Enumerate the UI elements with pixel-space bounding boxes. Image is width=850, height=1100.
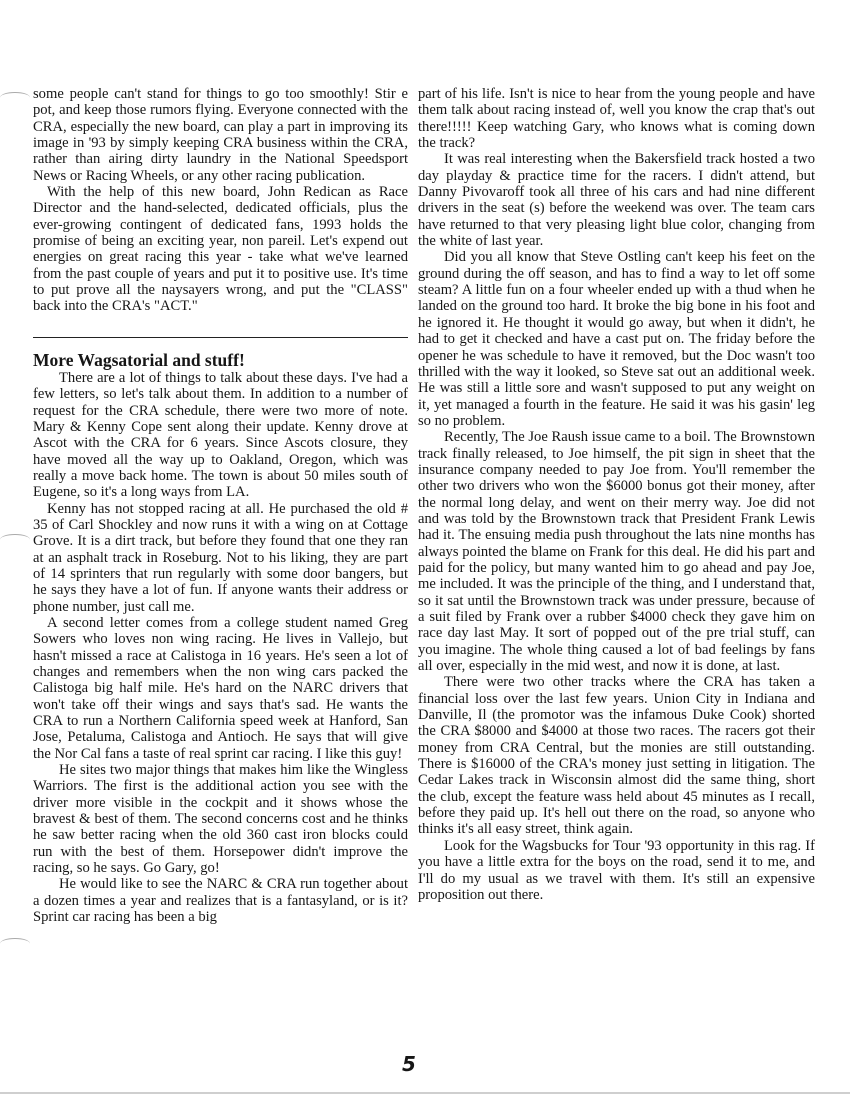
article-paragraph: Look for the Wagsbucks for Tour '93 oppo… xyxy=(418,838,815,903)
page-bottom-edge xyxy=(0,1092,850,1094)
article-paragraph: Recently, The Joe Raush issue came to a … xyxy=(418,429,815,674)
binding-mark xyxy=(0,92,30,103)
intro-paragraph: some people can't stand for things to go… xyxy=(33,86,408,184)
right-column: part of his life. Isn't is nice to hear … xyxy=(418,86,815,903)
left-column: some people can't stand for things to go… xyxy=(33,86,408,926)
section-heading: More Wagsatorial and stuff! xyxy=(33,350,408,370)
binding-mark xyxy=(0,938,30,949)
article-paragraph: He sites two major things that makes him… xyxy=(33,762,408,876)
article-paragraph: It was real interesting when the Bakersf… xyxy=(418,151,815,249)
intro-paragraph: With the help of this new board, John Re… xyxy=(33,184,408,315)
binding-mark xyxy=(0,534,30,545)
article-paragraph: There were two other tracks where the CR… xyxy=(418,674,815,837)
page-number: 5 xyxy=(402,1052,416,1076)
article-paragraph: There are a lot of things to talk about … xyxy=(33,370,408,501)
article-paragraph: part of his life. Isn't is nice to hear … xyxy=(418,86,815,151)
article-paragraph: A second letter comes from a college stu… xyxy=(33,615,408,762)
article-paragraph: He would like to see the NARC & CRA run … xyxy=(33,876,408,925)
section-divider xyxy=(33,337,408,338)
article-paragraph: Did you all know that Steve Ostling can'… xyxy=(418,249,815,429)
article-paragraph: Kenny has not stopped racing at all. He … xyxy=(33,501,408,615)
